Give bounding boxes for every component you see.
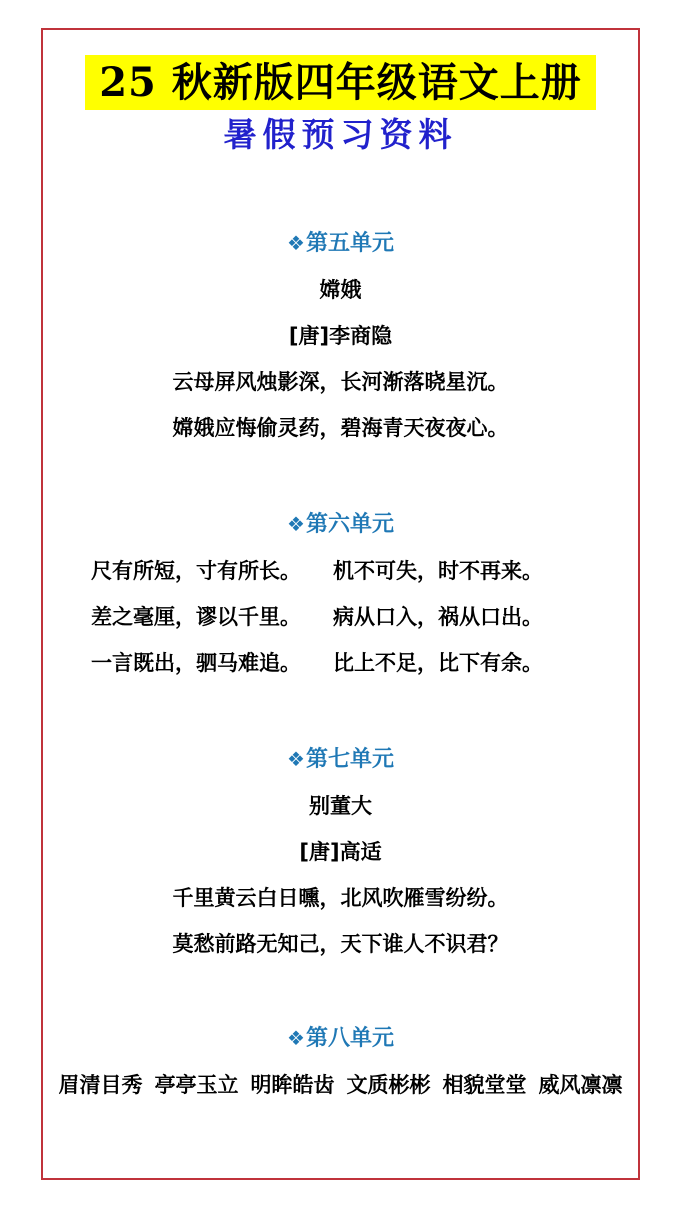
idiom: 亭亭玉立 — [155, 1062, 239, 1108]
proverb-right: 比上不足，比下有余。 — [333, 640, 543, 686]
idiom-row: 眉清目秀 亭亭玉立 明眸皓齿 文质彬彬 相貌堂堂 威风凛凛 — [41, 1062, 640, 1108]
idiom: 眉清目秀 — [59, 1062, 143, 1108]
proverb-right: 病从口入，祸从口出。 — [333, 594, 543, 640]
proverb-row: 差之毫厘，谬以千里。 病从口入，祸从口出。 — [41, 594, 640, 640]
section-heading-unit6: ❖第六单元 — [41, 501, 640, 548]
document-page: 25 秋新版四年级语文上册 暑假预习资料 ❖第五单元 嫦娥 [唐]李商隐 云母屏… — [0, 0, 680, 1209]
idiom: 相貌堂堂 — [443, 1062, 527, 1108]
proverb-row: 尺有所短，寸有所长。 机不可失，时不再来。 — [41, 548, 640, 594]
poem-title: 别董大 — [41, 783, 640, 829]
section-heading-unit5: ❖第五单元 — [41, 220, 640, 267]
proverb-row: 一言既出，驷马难追。 比上不足，比下有余。 — [41, 640, 640, 686]
diamond-marker-icon: ❖ — [287, 231, 305, 255]
section-heading-label: 第八单元 — [306, 1026, 394, 1051]
poem-title: 嫦娥 — [41, 267, 640, 313]
idiom: 文质彬彬 — [347, 1062, 431, 1108]
idiom: 明眸皓齿 — [251, 1062, 335, 1108]
document-content: 25 秋新版四年级语文上册 暑假预习资料 ❖第五单元 嫦娥 [唐]李商隐 云母屏… — [41, 0, 640, 1108]
idiom: 威风凛凛 — [539, 1062, 623, 1108]
section-heading-unit8: ❖第八单元 — [41, 1015, 640, 1062]
section-heading-label: 第五单元 — [306, 231, 394, 256]
poem-line: 嫦娥应悔偷灵药，碧海青天夜夜心。 — [41, 405, 640, 451]
proverb-left: 差之毫厘，谬以千里。 — [41, 594, 333, 640]
diamond-marker-icon: ❖ — [287, 1026, 305, 1050]
diamond-marker-icon: ❖ — [287, 747, 305, 771]
poem-line: 千里黄云白日曛，北风吹雁雪纷纷。 — [41, 875, 640, 921]
proverb-left: 一言既出，驷马难追。 — [41, 640, 333, 686]
proverb-left: 尺有所短，寸有所长。 — [41, 548, 333, 594]
section-heading-unit7: ❖第七单元 — [41, 736, 640, 783]
poem-line: 云母屏风烛影深，长河渐落晓星沉。 — [41, 359, 640, 405]
poem-line: 莫愁前路无知己，天下谁人不识君？ — [41, 921, 640, 967]
section-heading-label: 第七单元 — [306, 747, 394, 772]
title-block: 25 秋新版四年级语文上册 — [41, 55, 640, 110]
diamond-marker-icon: ❖ — [287, 512, 305, 536]
document-title: 25 秋新版四年级语文上册 — [85, 55, 596, 110]
document-subtitle: 暑假预习资料 — [41, 110, 640, 160]
poem-author: [唐]高适 — [41, 829, 640, 875]
section-heading-label: 第六单元 — [306, 512, 394, 537]
poem-author: [唐]李商隐 — [41, 313, 640, 359]
proverb-right: 机不可失，时不再来。 — [333, 548, 543, 594]
